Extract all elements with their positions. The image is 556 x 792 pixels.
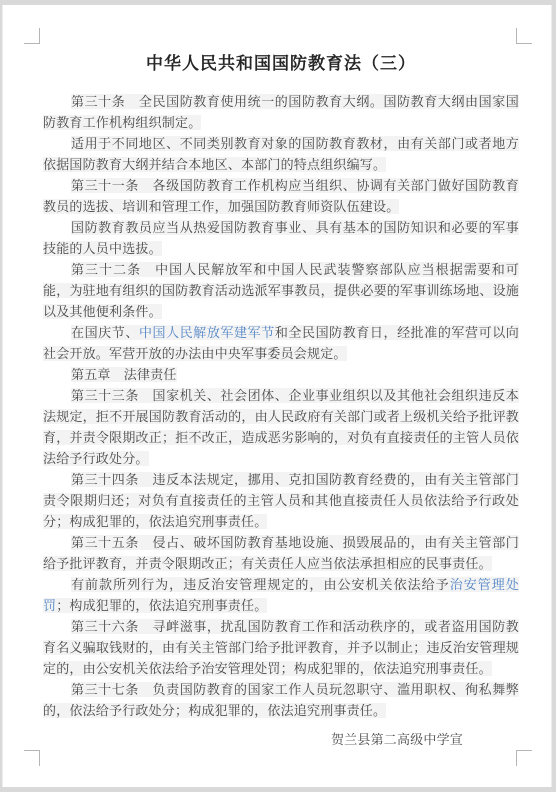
text-segment: 第三十一条 各级国防教育工作机构应当组织、协调有关部门做好国防教育教员的选拔、培…: [43, 178, 519, 214]
paragraph: 适用于不同地区、不同类别教育对象的国防教育教材，由有关部门或者地方依据国防教育大…: [43, 133, 519, 175]
crop-mark-top-left: [24, 28, 40, 44]
text-segment: 第三十条 全民国防教育使用统一的国防教育大纲。国防教育大纲由国家国防教育工作机构…: [43, 94, 519, 130]
paragraph: 第五章 法律责任: [43, 364, 519, 385]
footer-signature: 贺兰县第二高级中学宣: [43, 729, 519, 750]
paragraph: 第三十七条 负责国防教育的国家工作人员玩忽职守、滥用职权、徇私舞弊的，依法给予行…: [43, 679, 519, 721]
paragraph: 第三十四条 违反本法规定，挪用、克扣国防教育经费的，由有关主管部门责令限期归还；…: [43, 469, 519, 532]
paragraph: 国防教育教员应当从热爱国防教育事业、具有基本的国防知识和必要的军事技能的人员中选…: [43, 217, 519, 259]
text-segment: 第三十四条 违反本法规定，挪用、克扣国防教育经费的，由有关主管部门责令限期归还；…: [43, 472, 519, 529]
crop-mark-bottom-right: [516, 750, 532, 766]
paragraph-list: 第三十条 全民国防教育使用统一的国防教育大纲。国防教育大纲由国家国防教育工作机构…: [43, 91, 519, 721]
document-content: 中华人民共和国国防教育法（三） 第三十条 全民国防教育使用统一的国防教育大纲。国…: [43, 49, 519, 750]
paragraph: 第三十三条 国家机关、社会团体、企业事业组织以及其他社会组织违反本法规定，拒不开…: [43, 385, 519, 469]
text-segment: 第三十五条 侵占、破坏国防教育基地设施、损毁展品的，由有关主管部门给予批评教育，…: [43, 535, 519, 571]
document-page: 中华人民共和国国防教育法（三） 第三十条 全民国防教育使用统一的国防教育大纲。国…: [2, 5, 552, 787]
text-segment: 第三十三条 国家机关、社会团体、企业事业组织以及其他社会组织违反本法规定，拒不开…: [43, 388, 519, 466]
paragraph: 第三十二条 中国人民解放军和中国人民武装警察部队应当根据需要和可能，为驻地有组织…: [43, 259, 519, 322]
paragraph: 第三十条 全民国防教育使用统一的国防教育大纲。国防教育大纲由国家国防教育工作机构…: [43, 91, 519, 133]
text-segment: 第三十七条 负责国防教育的国家工作人员玩忽职守、滥用职权、徇私舞弊的，依法给予行…: [43, 682, 519, 718]
text-segment: 第三十二条 中国人民解放军和中国人民武装警察部队应当根据需要和可能，为驻地有组织…: [43, 262, 519, 319]
crop-mark-bottom-left: [24, 750, 40, 766]
text-segment: 国防教育教员应当从热爱国防教育事业、具有基本的国防知识和必要的军事技能的人员中选…: [43, 220, 519, 256]
text-segment: 适用于不同地区、不同类别教育对象的国防教育教材，由有关部门或者地方依据国防教育大…: [43, 136, 519, 172]
paragraph: 第三十一条 各级国防教育工作机构应当组织、协调有关部门做好国防教育教员的选拔、培…: [43, 175, 519, 217]
text-segment: 第三十六条 寻衅滋事，扰乱国防教育工作和活动秩序的，或者盗用国防教育名义骗取钱财…: [43, 619, 519, 676]
paragraph: 有前款所列行为，违反治安管理规定的，由公安机关依法给予治安管理处罚；构成犯罪的，…: [43, 574, 519, 616]
text-segment: 第五章 法律责任: [71, 367, 177, 382]
document-viewport: { "title": "中华人民共和国国防教育法（三）", "footer": …: [0, 0, 556, 792]
paragraph: 第三十六条 寻衅滋事，扰乱国防教育工作和活动秩序的，或者盗用国防教育名义骗取钱财…: [43, 616, 519, 679]
text-segment: ；构成犯罪的，依法追究刑事责任。: [56, 598, 267, 613]
page-title: 中华人民共和国国防教育法（三）: [43, 51, 519, 77]
crop-mark-top-right: [516, 28, 532, 44]
paragraph: 在国庆节、中国人民解放军建军节和全民国防教育日，经批准的军营可以向社会开放。军营…: [43, 322, 519, 364]
hyperlink[interactable]: 中国人民解放军建军节: [139, 325, 275, 340]
text-segment: 在国庆节、: [71, 325, 139, 340]
text-segment: 有前款所列行为，违反治安管理规定的，由公安机关依法给予: [71, 577, 450, 592]
paragraph: 第三十五条 侵占、破坏国防教育基地设施、损毁展品的，由有关主管部门给予批评教育，…: [43, 532, 519, 574]
